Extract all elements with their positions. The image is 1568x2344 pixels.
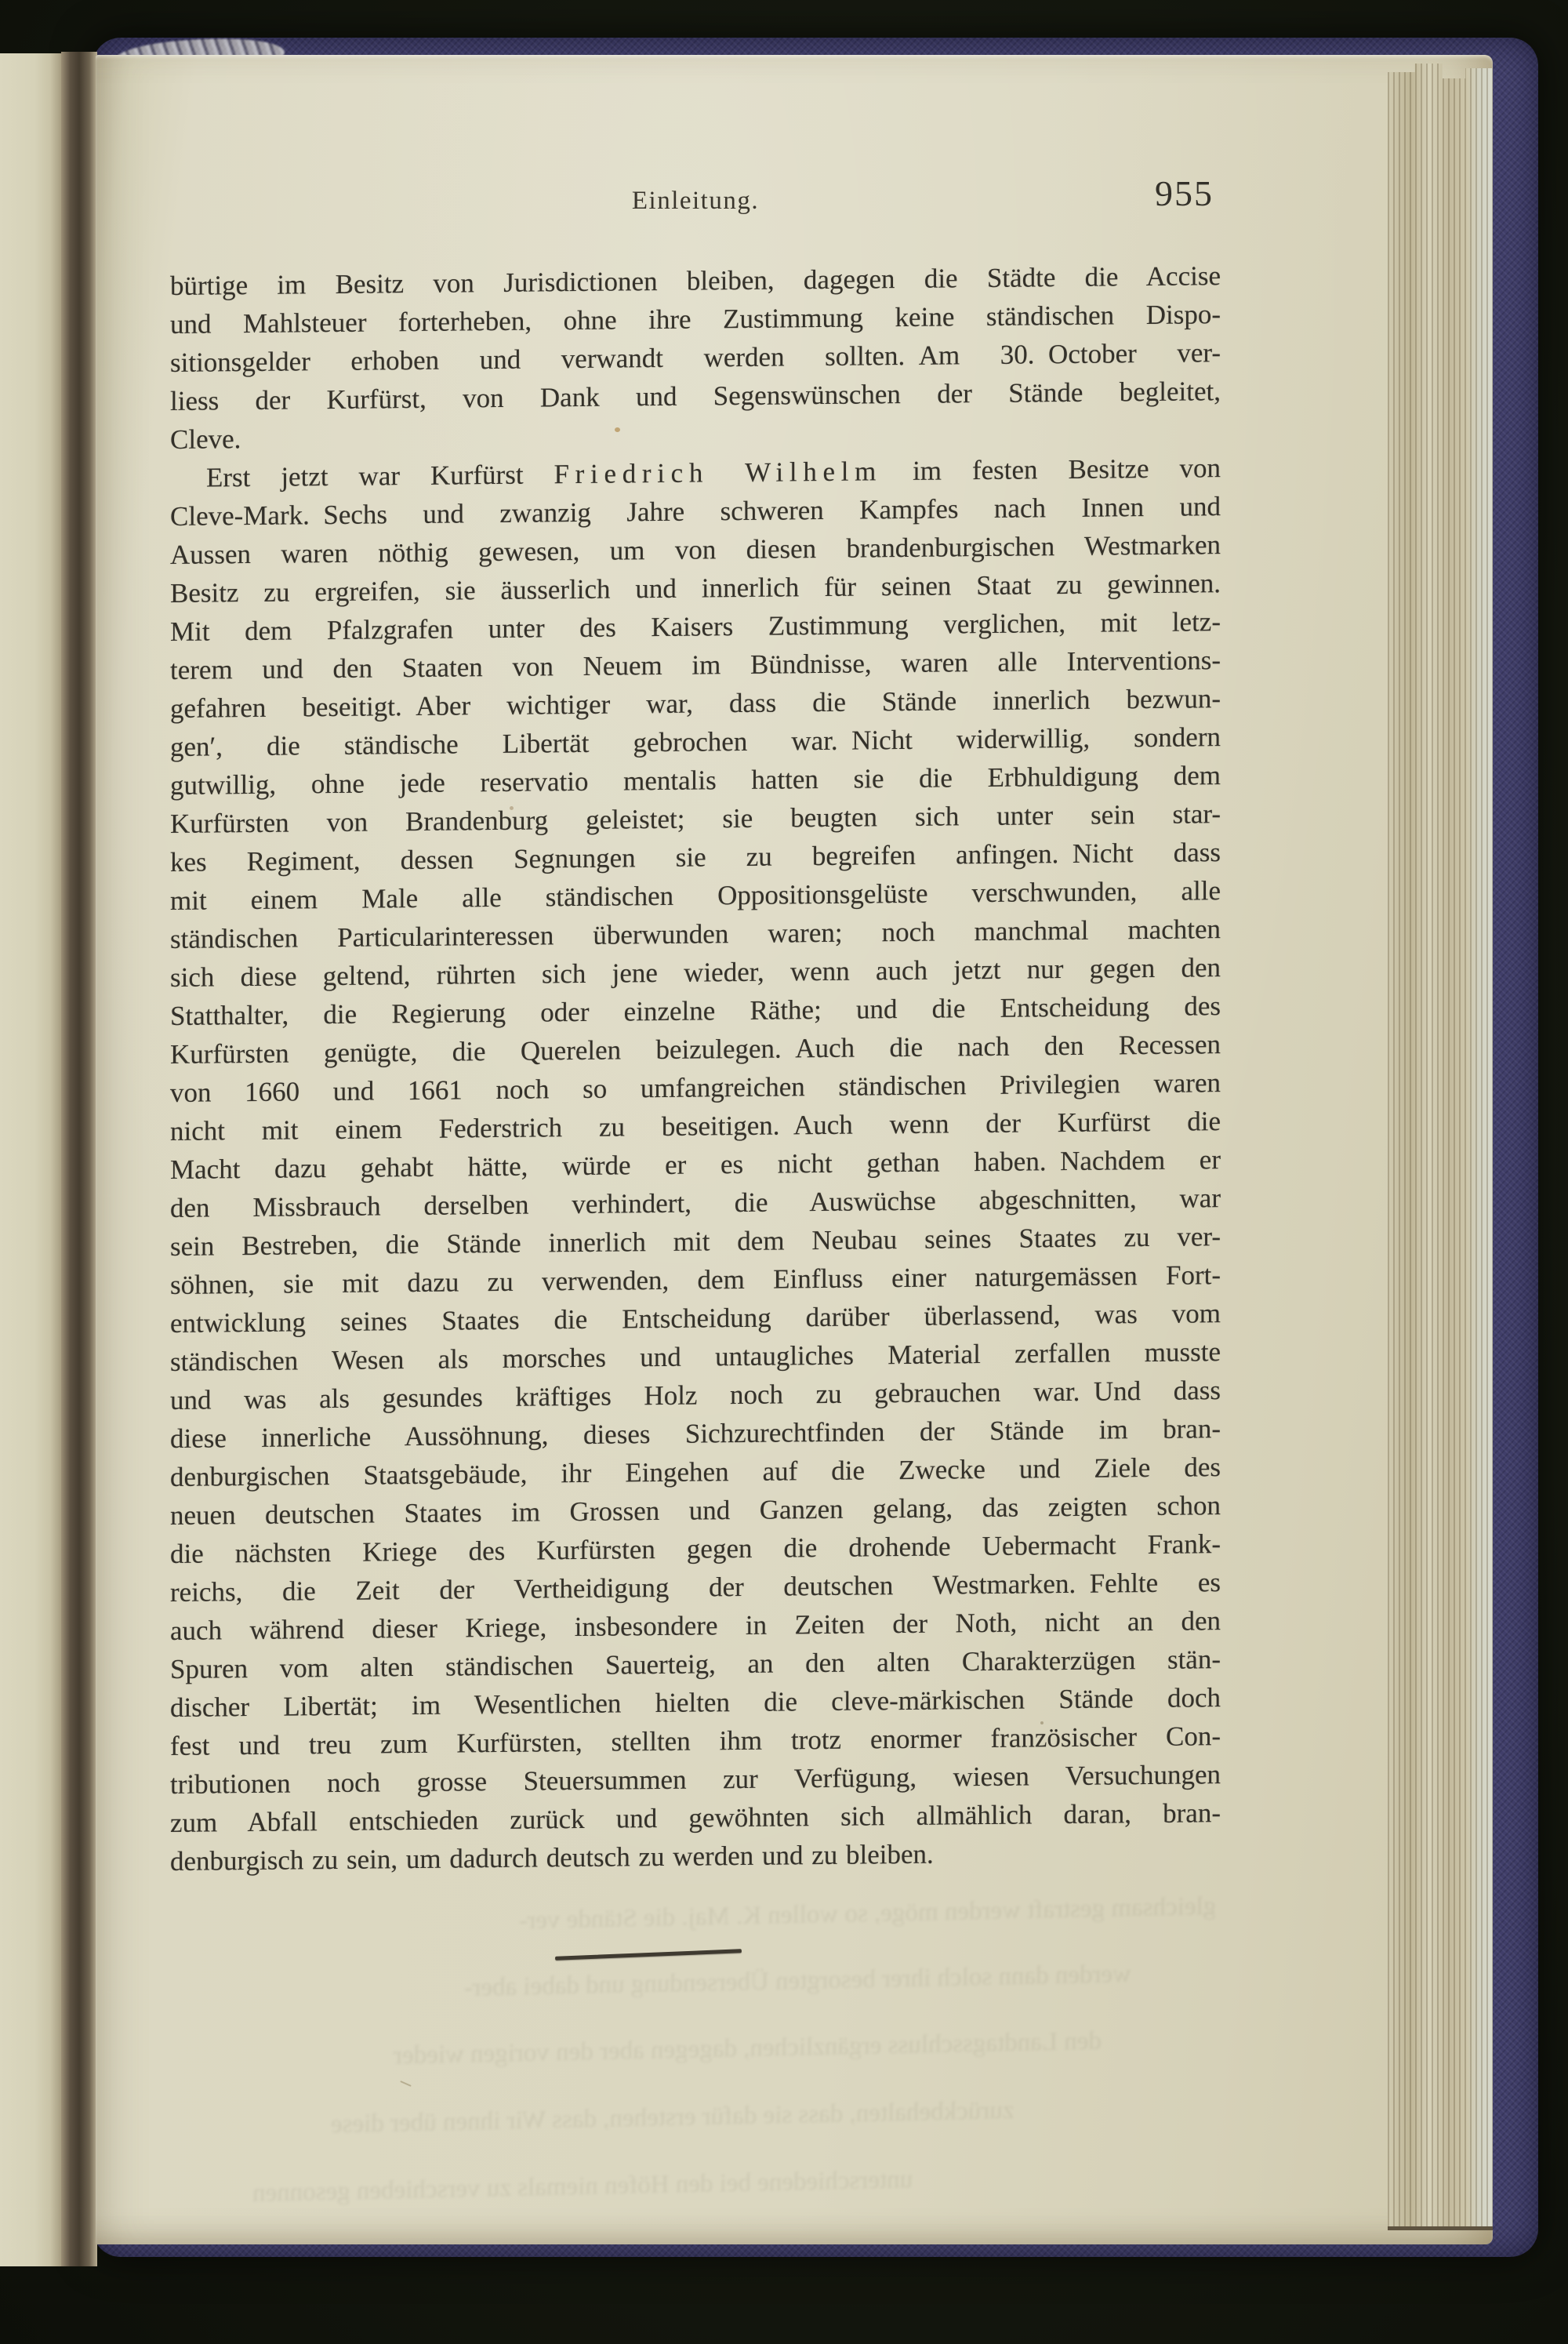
paper-speck [510,806,514,810]
ghost-line: zurückbehalten, dass sie dafür erstehen,… [331,2096,1014,2139]
letterspaced-name: Friedrich Wilhelm [554,456,883,489]
book-gutter-shadow [61,52,97,2266]
scanner-background: Einleitung. 955 bürtige im Besitz von Ju… [0,0,1568,2344]
section-end-rule [555,1949,742,1961]
ghost-line: werden dann solch ihrer besorgten Überse… [464,1960,1131,2003]
paper-speck [1040,1721,1044,1724]
running-header: Einleitung. [170,187,1221,216]
paper-speck [615,427,620,432]
paper-fiber [400,2081,412,2087]
book-page: Einleitung. 955 bürtige im Besitz von Ju… [96,55,1493,2244]
ghost-line: gleichsam gestraft werden möge, so wolle… [519,1892,1216,1936]
page-number: 955 [1155,173,1214,214]
ghost-line: unterschiedene bei den Höfen niemals zu … [252,2165,913,2208]
left-page-edge [0,53,63,2266]
page-stack-fore-edge [1388,60,1493,2230]
ghost-line: den Landtagsschluss ergänzlichen, dagege… [394,2027,1102,2071]
body-text: bürtige im Besitz von Jurisdictionen ble… [170,256,1221,1881]
